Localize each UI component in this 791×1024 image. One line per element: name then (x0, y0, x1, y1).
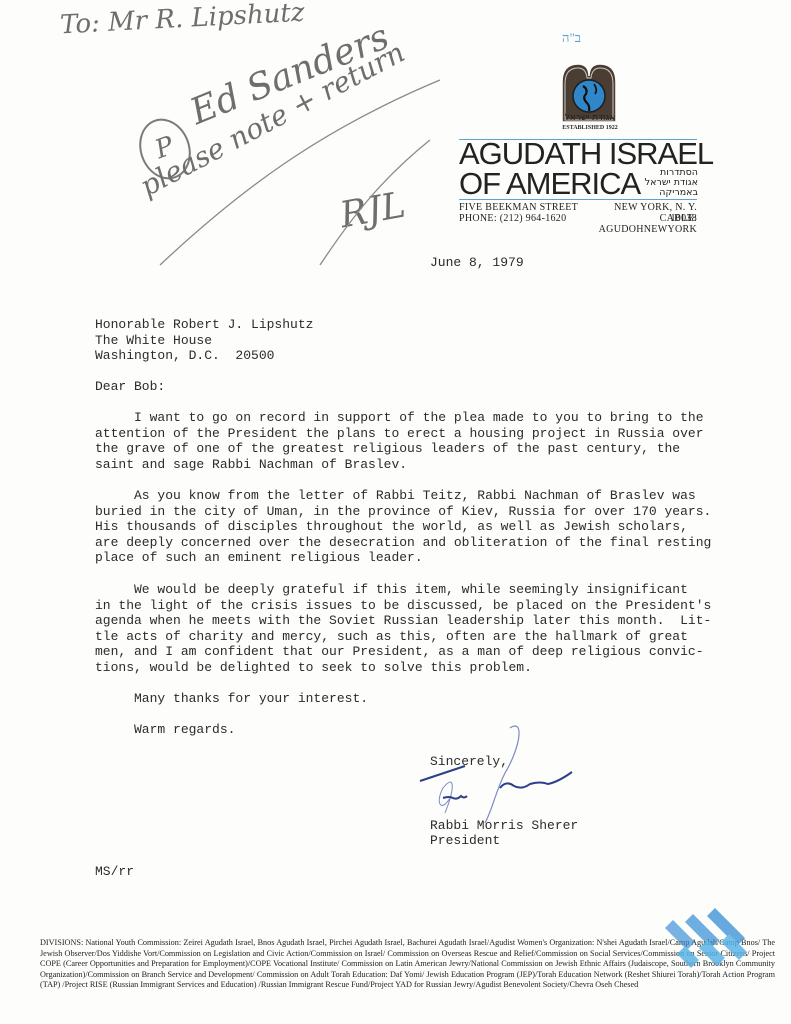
regards-line: Warm regards. (95, 722, 235, 738)
body-line: tions, would be delighted to seek to sol… (95, 660, 711, 676)
typist-initials: MS/rr (95, 864, 134, 880)
body-line: the grave of one of the greatest religio… (95, 441, 704, 457)
body-line: men, and I am confident that our Preside… (95, 644, 711, 660)
org-name-hebrew: הסתדרות אגודת ישראל באמריקה (628, 168, 698, 198)
handwritten-routing-note: To: Mr R. Lipshutz (59, 0, 305, 40)
paragraph-3: We would be deeply grateful if this item… (95, 582, 711, 676)
phone-number: PHONE: (212) 964-1620 (459, 213, 566, 224)
logo-hebrew-caption: אגודת ישראל (548, 113, 632, 123)
letterhead-bottom-rule (459, 199, 697, 200)
body-line: in the light of the crisis issues to be … (95, 598, 711, 614)
recipient-address: Honorable Robert J. Lipshutz The White H… (95, 317, 313, 364)
signature (415, 718, 595, 828)
body-line: saint and sage Rabbi Nachman of Braslev. (95, 457, 704, 473)
archive-logo-icon (655, 908, 755, 968)
street-address: FIVE BEEKMAN STREET (459, 202, 578, 213)
bh-marking: ב"ה (562, 30, 581, 46)
signer-name: Rabbi Morris Sherer (430, 818, 578, 834)
paragraph-2: As you know from the letter of Rabbi Tei… (95, 488, 711, 566)
paragraph-1: I want to go on record in support of the… (95, 410, 704, 472)
recipient-line: Honorable Robert J. Lipshutz (95, 317, 313, 333)
hebrew-line: באמריקה (628, 188, 698, 198)
body-line: tle acts of charity and mercy, such as t… (95, 629, 711, 645)
org-name-line2: OF AMERICA (459, 168, 640, 200)
body-line: We would be deeply grateful if this item… (95, 582, 711, 598)
letter-date: June 8, 1979 (430, 255, 524, 271)
body-line: buried in the city of Uman, in the provi… (95, 504, 711, 520)
salutation: Dear Bob: (95, 379, 165, 395)
recipient-line: The White House (95, 333, 313, 349)
cable-address: CABLE: AGUDOHNEWYORK (577, 213, 697, 235)
signer-title: President (430, 833, 500, 849)
body-line: I want to go on record in support of the… (95, 410, 704, 426)
body-line: As you know from the letter of Rabbi Tei… (95, 488, 711, 504)
body-line: agenda when he meets with the Soviet Rus… (95, 613, 711, 629)
thanks-line: Many thanks for your interest. (95, 691, 368, 707)
recipient-line: Washington, D.C. 20500 (95, 348, 313, 364)
body-line: His thousands of disciples throughout th… (95, 519, 711, 535)
body-line: attention of the President the plans to … (95, 426, 704, 442)
body-line: place of such an eminent religious leade… (95, 550, 711, 566)
body-line: are deeply concerned over the desecratio… (95, 535, 711, 551)
handwritten-stroke (150, 70, 450, 270)
established-label: ESTABLISHED 1922 (548, 125, 632, 131)
